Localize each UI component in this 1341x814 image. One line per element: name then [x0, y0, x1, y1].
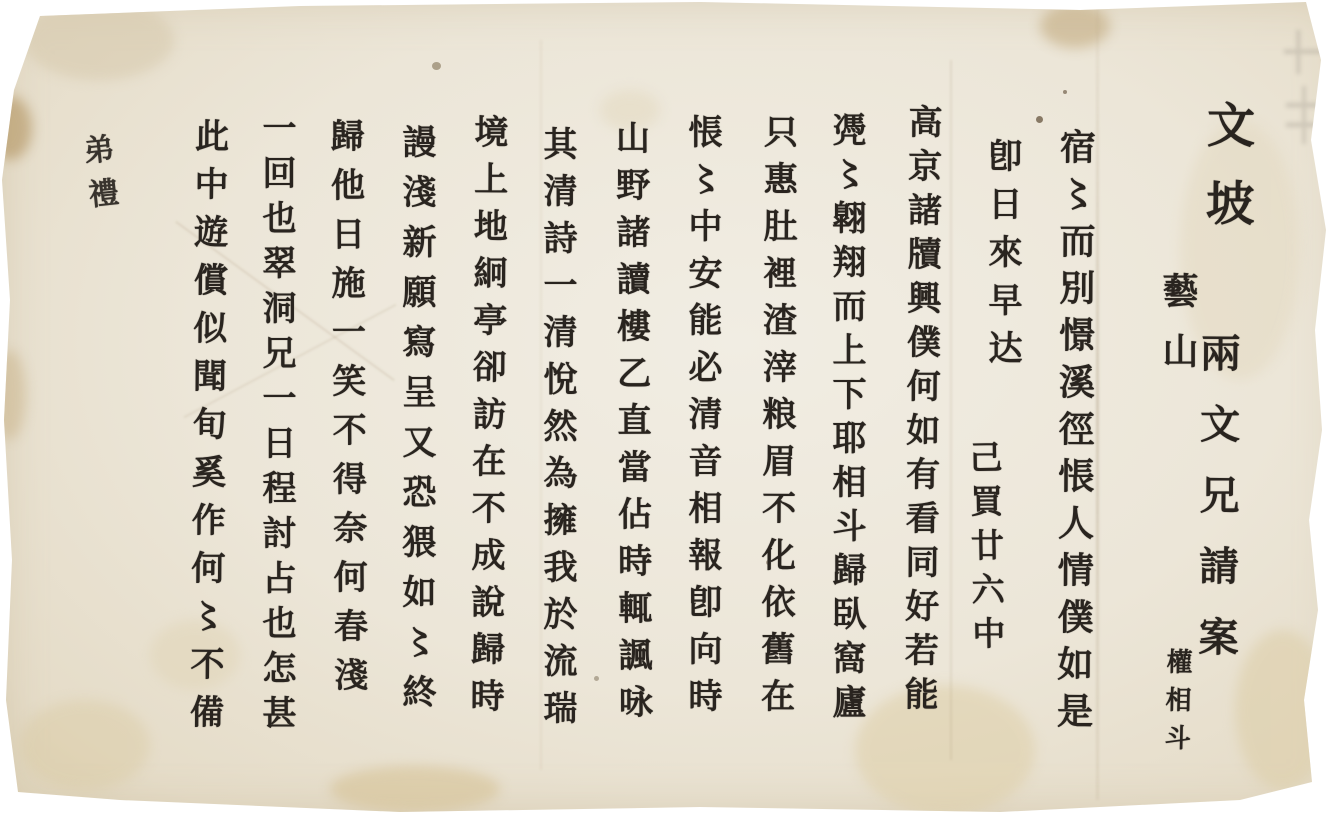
ink-speck [594, 676, 599, 681]
stain [855, 685, 1035, 814]
letter-column-8: 其清詩一清悅然為擁我於流瑞 [533, 126, 582, 737]
closing-mark: 弟禮 [72, 132, 125, 224]
letter-column-11: 歸他日施一笑不得奈何春淺 [320, 118, 373, 706]
stain [0, 350, 26, 440]
letter-column-2a: 卽日來早达 [978, 138, 1027, 378]
letter-column-10: 謾淺新願寫呈又恐猥如〻終 [392, 124, 441, 724]
fold-crease [950, 60, 952, 760]
letter-column-7: 山野諸讀樓乙直當佔時輒諷咏 [605, 120, 657, 731]
stain [24, 0, 174, 80]
stain [0, 96, 32, 160]
addressee-main: 文坡 [1191, 100, 1262, 257]
letter-column-13: 此中遊償似聞旬奚作何〻不備 [179, 118, 233, 742]
salutation: 兩文兄請案 [1187, 332, 1246, 687]
stain [20, 700, 150, 790]
paper-sheet: 文坡 藝山 兩文兄請案 權相斗 宿〻而別憬溪徑悵人情僕如是 卽日來早达 己買廿六… [0, 0, 1341, 814]
stain [330, 766, 500, 812]
ink-bleed-mark [1284, 30, 1324, 74]
letter-column-12: 一回也翠洞兄一日程討占也怎甚 [252, 110, 301, 740]
ink-speck [432, 62, 441, 70]
ink-speck [1036, 116, 1043, 123]
letter-photo: 文坡 藝山 兩文兄請案 權相斗 宿〻而別憬溪徑悵人情僕如是 卽日來早达 己買廿六… [0, 0, 1341, 814]
letter-column-2b: 己買廿六中 [960, 440, 1011, 661]
letter-column-4: 凴〻翺翔而上下耶相斗歸臥窩廬 [822, 112, 871, 728]
letter-column-1: 宿〻而別憬溪徑悵人情僕如是 [1046, 128, 1100, 739]
letter-column-6: 悵〻中安能必清音相報卽向時 [678, 114, 727, 725]
signature: 權相斗 [1157, 648, 1196, 763]
ink-bleed-mark [1286, 86, 1322, 144]
stain [1040, 4, 1110, 48]
letter-column-9: 境上地絅亭卻訪在不成說歸時 [460, 114, 513, 725]
letter-column-5: 只惠肚裡渣滓粮眉不化依舊在 [750, 114, 802, 725]
letter-column-3: 高京諸牘興僕何如有看同好若能 [894, 104, 947, 720]
stain [1235, 630, 1330, 790]
ink-speck [1063, 90, 1067, 94]
